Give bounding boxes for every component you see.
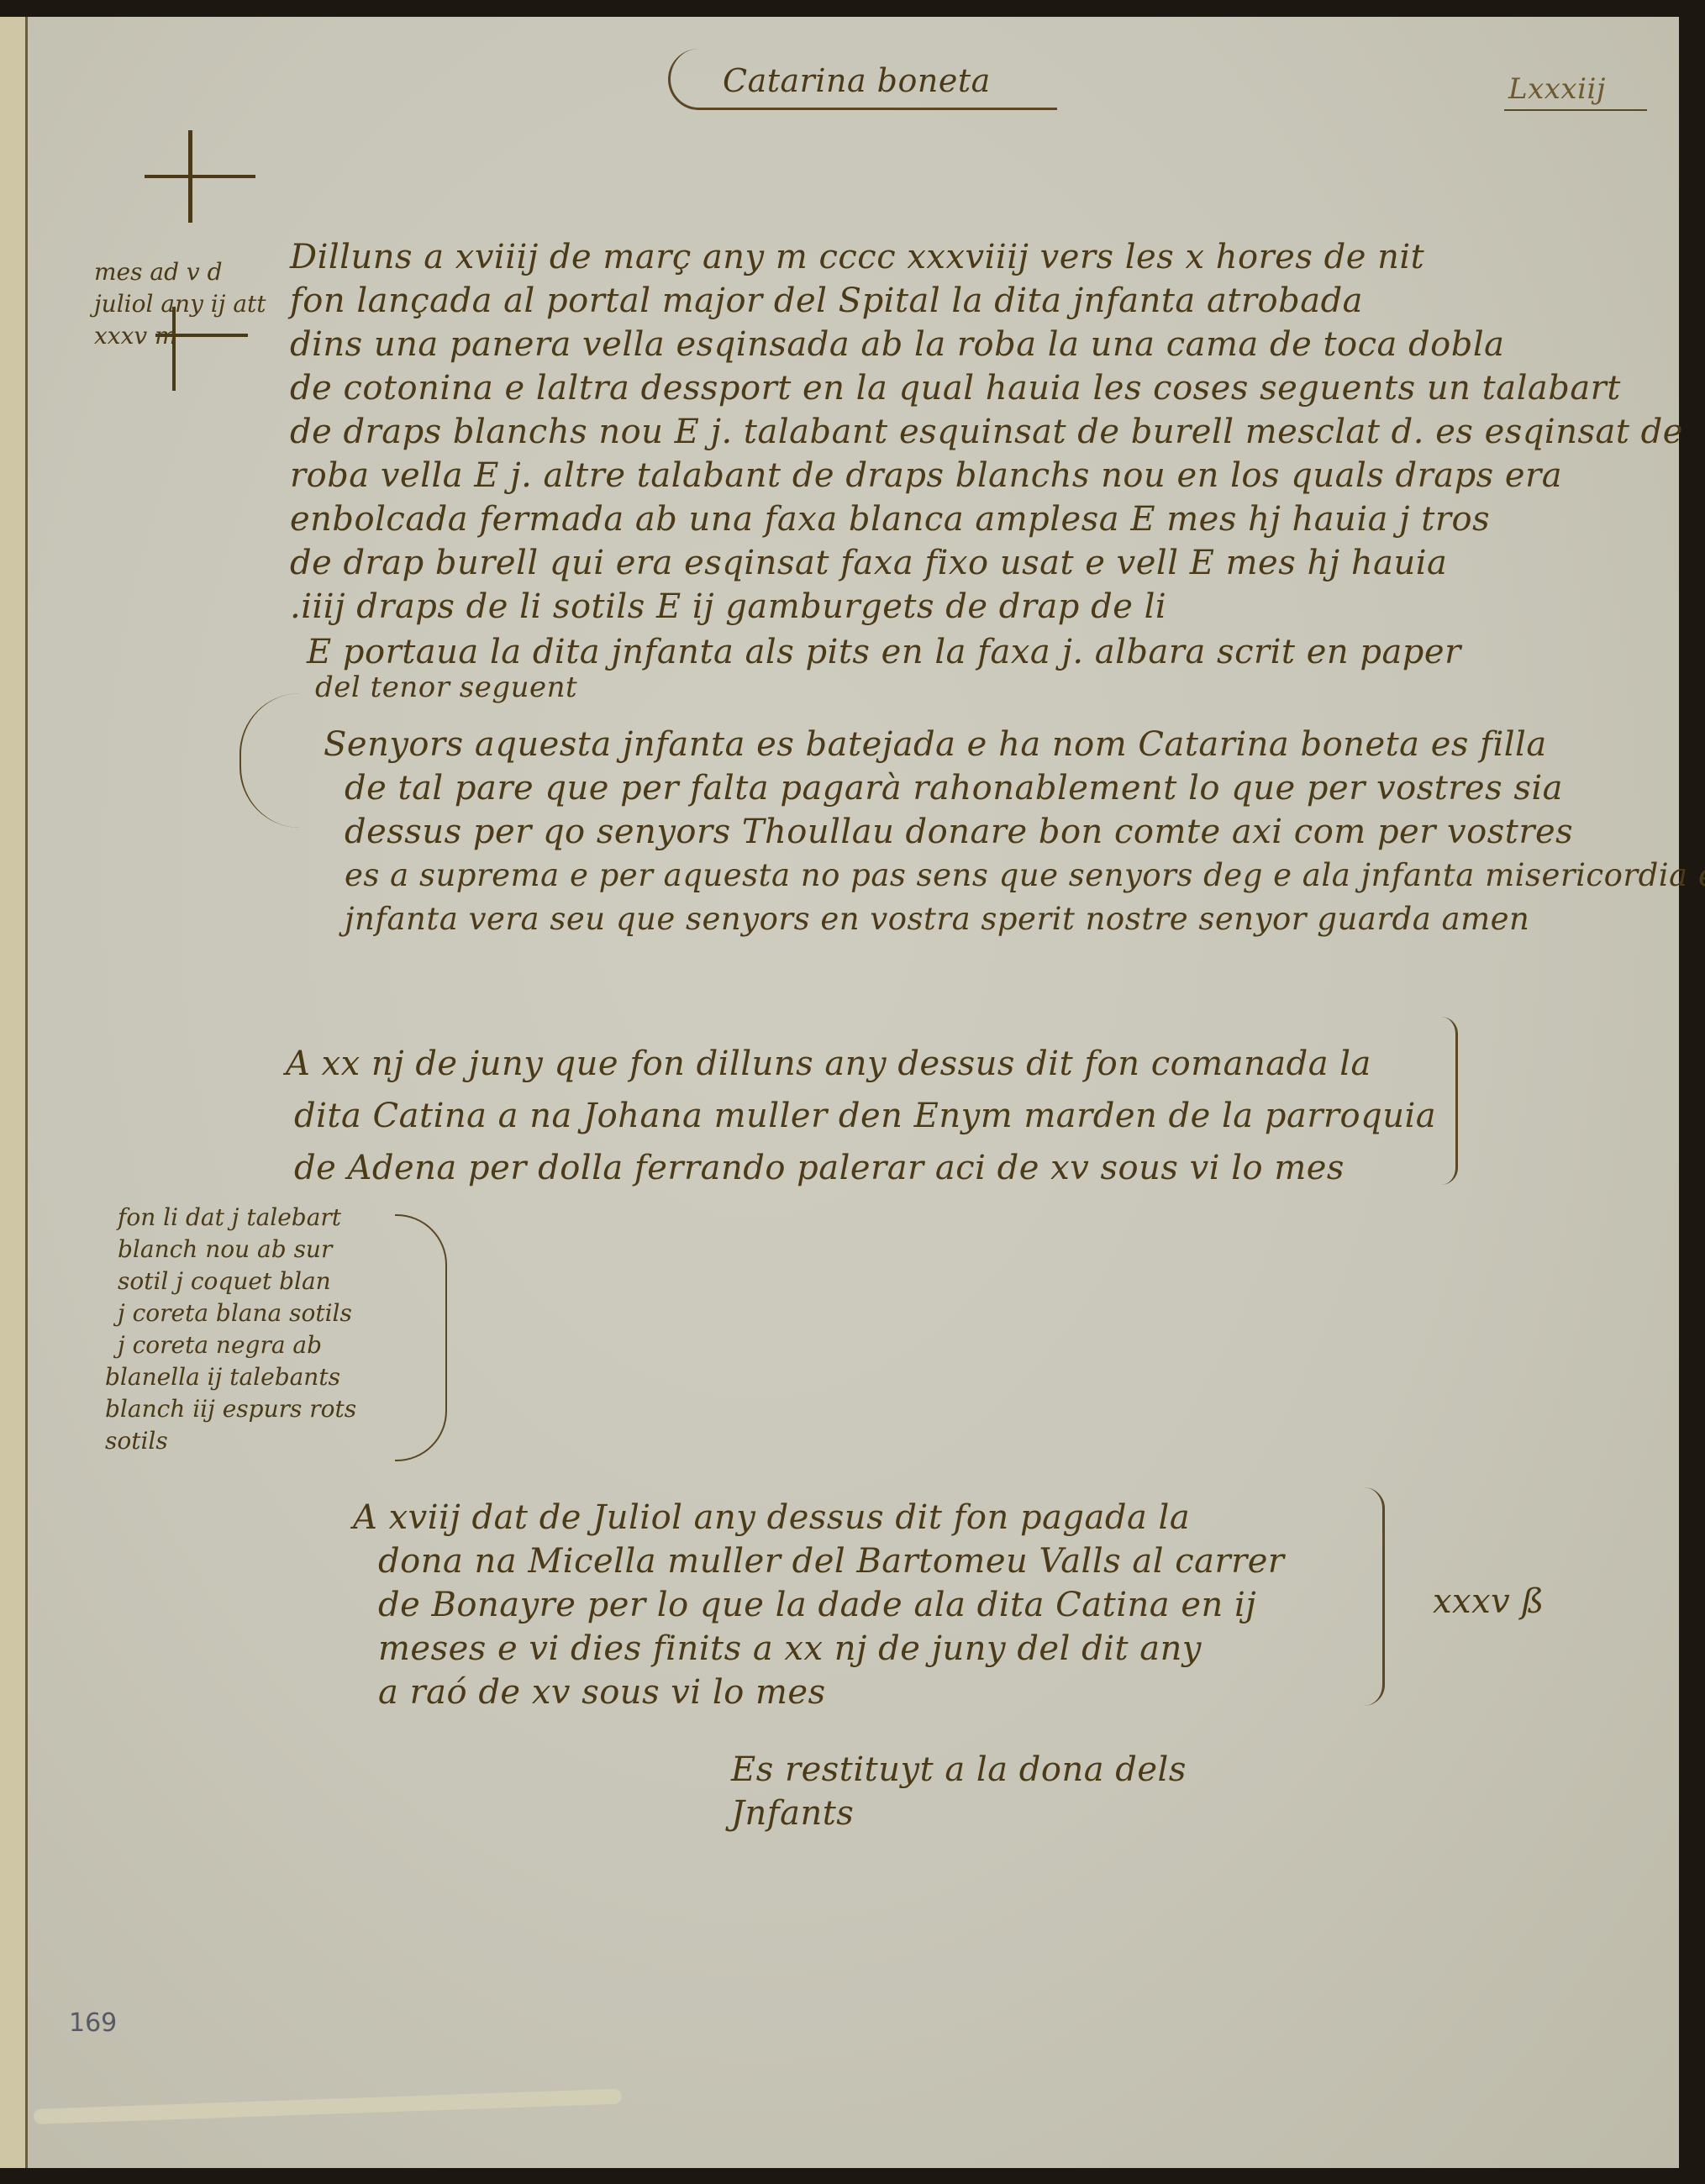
- text-line: de drap burell qui era esqinsat faxa fix…: [290, 541, 1447, 585]
- entry-bracket: [239, 693, 300, 828]
- text-line: de Adena per dolla ferrando palerar aci …: [294, 1146, 1345, 1190]
- margin-list-line: blanch iij espurs rots: [105, 1393, 356, 1425]
- text-line: de tal pare que per falta pagarà rahonab…: [345, 766, 1563, 810]
- text-line: es a suprema e per aquesta no pas sens q…: [345, 854, 1705, 897]
- text-line: de draps blanchs nou E j. talabant esqui…: [290, 410, 1683, 454]
- text-line: .iiij draps de li sotils E ij gamburgets…: [290, 585, 1166, 629]
- folio-number-pencil: 169: [69, 2008, 117, 2038]
- folio-underline: [1504, 109, 1647, 111]
- manuscript-page: Catarina boneta Lxxxiij mes ad v d julio…: [0, 17, 1679, 2168]
- entry-bracket: [1439, 1017, 1458, 1185]
- text-line: A xviij dat de Juliol any dessus dit fon…: [353, 1496, 1190, 1539]
- text-line: dita Catina a na Johana muller den Enym …: [294, 1094, 1436, 1138]
- text-line: a raó de xv sous vi lo mes: [378, 1671, 826, 1714]
- text-line: dins una panera vella esqinsada ab la ro…: [290, 323, 1505, 366]
- entry-bracket: [1361, 1487, 1385, 1706]
- margin-list-line: j coreta blana sotils: [118, 1297, 352, 1329]
- text-line: de cotonina e laltra dessport en la qual…: [290, 366, 1621, 410]
- margin-list-bracket: [395, 1214, 447, 1461]
- margin-note-line: mes ad v d: [94, 256, 223, 288]
- paper-crease: [34, 2089, 622, 2124]
- margin-list-line: sotil j coquet blan: [118, 1266, 331, 1297]
- margin-list-line: blanch nou ab sur: [118, 1234, 332, 1266]
- folio-number-top: Lxxxiij: [1508, 67, 1606, 111]
- text-line: del tenor seguent: [315, 666, 577, 709]
- text-line: Senyors aquesta jnfanta es batejada e ha…: [324, 723, 1547, 766]
- text-line: A xx nj de juny que fon dilluns any dess…: [286, 1042, 1371, 1086]
- margin-list-line: j coreta negra ab: [118, 1329, 322, 1361]
- text-line: roba vella E j. altre talabant de draps …: [290, 454, 1562, 497]
- margin-list-line: fon li dat j talebart: [118, 1202, 341, 1234]
- text-line: fon lançada al portal major del Spital l…: [290, 279, 1363, 323]
- text-line: Jnfants: [731, 1792, 854, 1835]
- text-line: meses e vi dies finits a xx nj de juny d…: [378, 1627, 1202, 1671]
- text-line: Dilluns a xviiij de març any m cccc xxxv…: [290, 235, 1424, 279]
- payment-amount: xxxv ß: [1433, 1580, 1544, 1624]
- text-line: Es restituyt a la dona dels: [731, 1748, 1187, 1792]
- document-heading: Catarina boneta: [723, 59, 991, 103]
- margin-note-line: juliol any ij att: [94, 288, 266, 320]
- text-line: enbolcada fermada ab una faxa blanca amp…: [290, 497, 1490, 541]
- book-gutter: [0, 17, 28, 2168]
- text-line: de Bonayre per lo que la dade ala dita C…: [378, 1583, 1256, 1627]
- margin-list-line: sotils: [105, 1425, 168, 1457]
- text-line: jnfanta vera seu que senyors en vostra s…: [345, 897, 1529, 941]
- text-line: dona na Micella muller del Bartomeu Vall…: [378, 1539, 1285, 1583]
- text-line: dessus per qo senyors Thoullau donare bo…: [345, 810, 1573, 854]
- margin-list-line: blanella ij talebants: [105, 1361, 340, 1393]
